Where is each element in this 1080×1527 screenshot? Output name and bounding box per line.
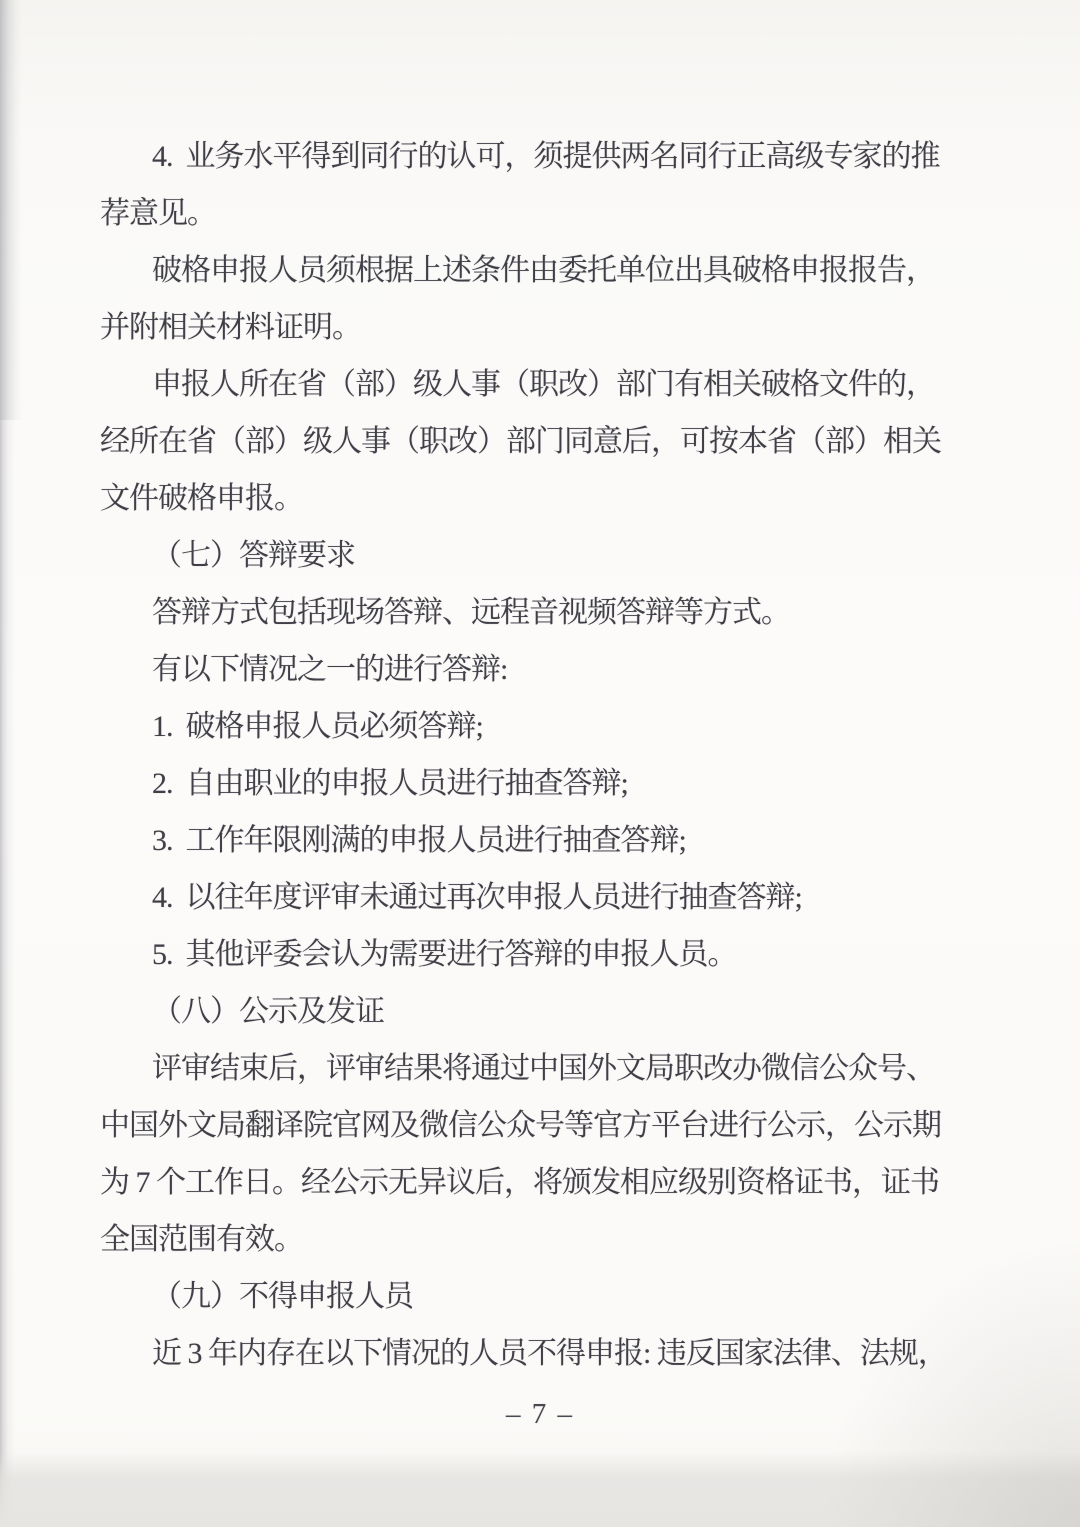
scanned-document-page: 4. 业务水平得到同行的认可，须提供两名同行正高级专家的推荐意见。破格申报人员须… bbox=[0, 0, 1080, 1527]
document-line: 荐意见。 bbox=[100, 185, 945, 242]
document-text-block: 4. 业务水平得到同行的认可，须提供两名同行正高级专家的推荐意见。破格申报人员须… bbox=[100, 128, 945, 1382]
document-line: 2. 自由职业的申报人员进行抽查答辩; bbox=[100, 755, 945, 812]
document-line: 为 7 个工作日。经公示无异议后，将颁发相应级别资格证书，证书 bbox=[100, 1154, 945, 1211]
document-line: 评审结束后，评审结果将通过中国外文局职改办微信公众号、 bbox=[100, 1040, 945, 1097]
document-line: 破格申报人员须根据上述条件由委托单位出具破格申报报告， bbox=[100, 242, 945, 299]
section-heading-line: （七）答辩要求 bbox=[100, 527, 945, 584]
scan-edge-left-top-artifact bbox=[0, 0, 22, 420]
document-line: 4. 以往年度评审未通过再次申报人员进行抽查答辩; bbox=[100, 869, 945, 926]
document-line: 1. 破格申报人员必须答辩; bbox=[100, 698, 945, 755]
document-line: 中国外文局翻译院官网及微信公众号等官方平台进行公示，公示期 bbox=[100, 1097, 945, 1154]
document-line: 并附相关材料证明。 bbox=[100, 299, 945, 356]
document-line: 答辩方式包括现场答辩、远程音视频答辩等方式。 bbox=[100, 584, 945, 641]
document-line: 近 3 年内存在以下情况的人员不得申报: 违反国家法律、法规， bbox=[100, 1325, 945, 1382]
document-line: 4. 业务水平得到同行的认可，须提供两名同行正高级专家的推 bbox=[100, 128, 945, 185]
page-number: – 7 – bbox=[0, 1398, 1080, 1431]
document-line: 3. 工作年限刚满的申报人员进行抽查答辩; bbox=[100, 812, 945, 869]
document-line: 有以下情况之一的进行答辩: bbox=[100, 641, 945, 698]
document-line: 经所在省（部）级人事（职改）部门同意后，可按本省（部）相关 bbox=[100, 413, 945, 470]
document-line: 申报人所在省（部）级人事（职改）部门有相关破格文件的， bbox=[100, 356, 945, 413]
document-line: 全国范围有效。 bbox=[100, 1211, 945, 1268]
section-heading-line: （八）公示及发证 bbox=[100, 983, 945, 1040]
section-heading-line: （九）不得申报人员 bbox=[100, 1268, 945, 1325]
document-line: 文件破格申报。 bbox=[100, 470, 945, 527]
document-line: 5. 其他评委会认为需要进行答辩的申报人员。 bbox=[100, 926, 945, 983]
